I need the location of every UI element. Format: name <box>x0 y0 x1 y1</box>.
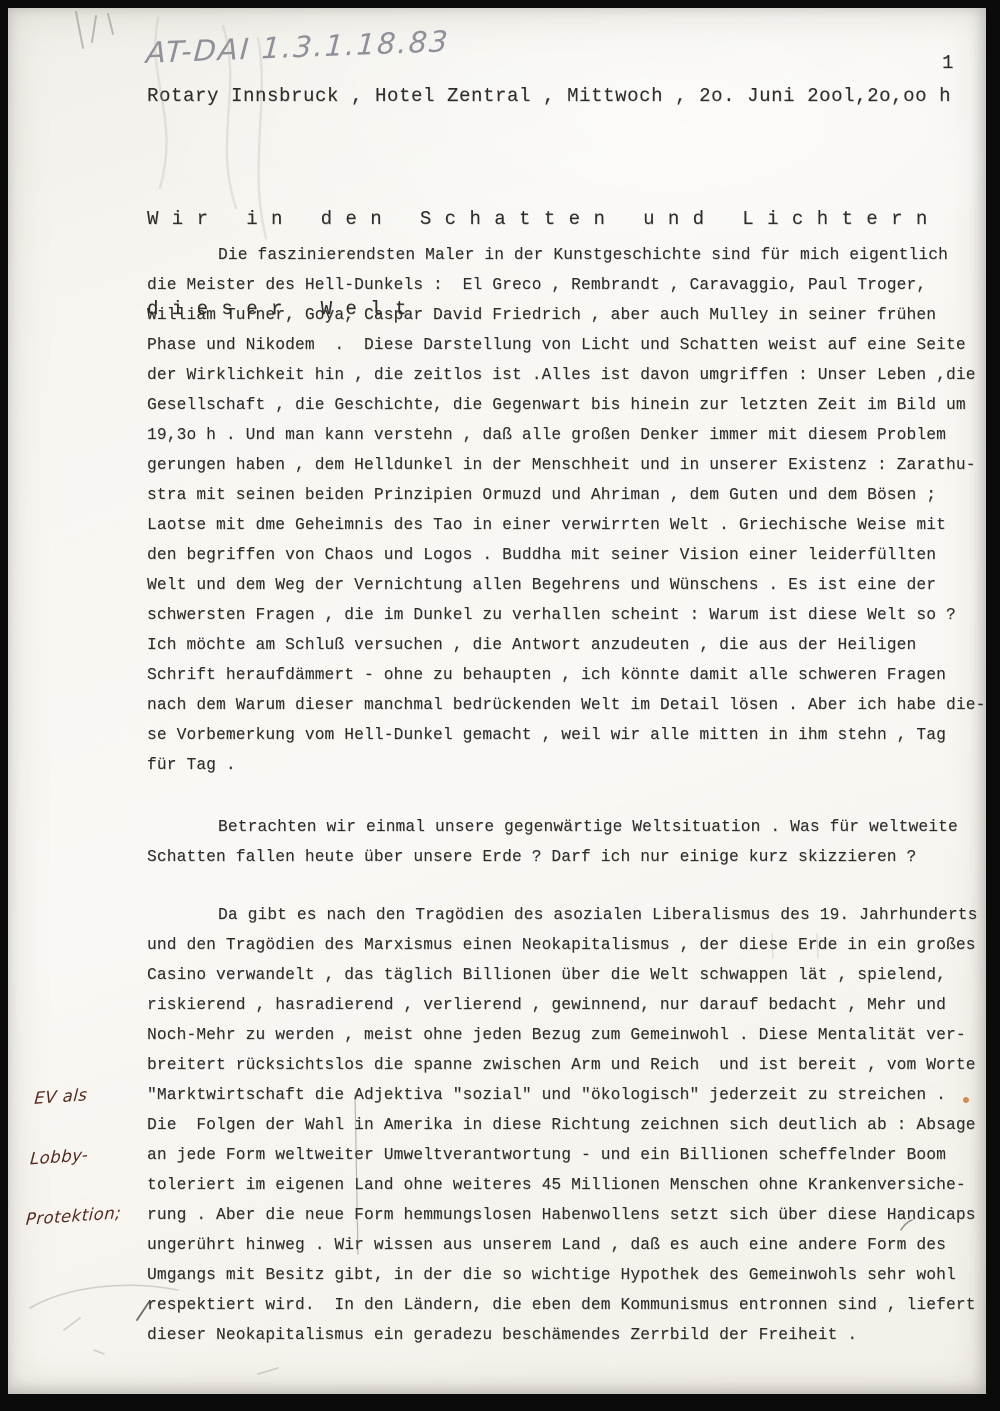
typed-line: rung . Aber die neue Form hemmungslosen … <box>147 1200 1000 1230</box>
scanned-typescript: { "scan": { "archive_code": "AT-DAI 1.3.… <box>0 0 1000 1411</box>
typed-line: Betrachten wir einmal unsere gegenwärtig… <box>147 812 1000 842</box>
paragraph-neokapitalismus: Da gibt es nach den Tragödien des asozia… <box>147 900 1000 1350</box>
typed-line: Welt und dem Weg der Vernichtung allen B… <box>147 570 1000 600</box>
pencil-stroke <box>76 12 113 48</box>
typed-line: breitert rücksichtslos die spanne zwisch… <box>147 1050 1000 1080</box>
margin-note-line: Protektion; <box>25 1203 122 1230</box>
typed-line: 19,3o h . Und man kann verstehn , daß al… <box>147 420 1000 450</box>
stray-ink-dot <box>963 1097 969 1103</box>
typed-line: respektiert wird. In den Ländern, die eb… <box>147 1290 1000 1320</box>
typed-line: und den Tragödien des Marxismus einen Ne… <box>147 930 1000 960</box>
typed-line: ungerührt hinweg . Wir wissen aus unsere… <box>147 1230 1000 1260</box>
paragraph-worldview: Betrachten wir einmal unsere gegenwärtig… <box>147 812 1000 872</box>
typed-line: Ich möchte am Schluß versuchen , die Ant… <box>147 630 1000 660</box>
typed-line: dieser Neokapitalismus ein geradezu besc… <box>147 1320 1000 1350</box>
typed-line: Umgangs mit Besitz gibt, in der die so w… <box>147 1260 1000 1290</box>
typed-line: toleriert im eigenen Land ohne weiteres … <box>147 1170 1000 1200</box>
typed-line: gerungen haben , dem Helldunkel in der M… <box>147 450 1000 480</box>
typed-line: William Turner, Goya, Caspar David Fried… <box>147 300 1000 330</box>
title-line-1: W i r i n d e n S c h a t t e n u n d L … <box>147 204 928 234</box>
scan-page: AT-DAI 1.3.1.18.83 1 Rotary Innsbruck , … <box>8 8 986 1394</box>
paragraph-intro: Die faszinierendsten Maler in der Kunstg… <box>147 240 1000 780</box>
typed-line: Schrift heraufdämmert - ohne zu behaupte… <box>147 660 1000 690</box>
archive-code-handwriting: AT-DAI 1.3.1.18.83 <box>145 24 451 70</box>
margin-note-line: Lobby- <box>29 1143 126 1170</box>
typed-line: Laotse mit dme Geheimnis des Tao in eine… <box>147 510 1000 540</box>
typed-line: schwersten Fragen , die im Dunkel zu ver… <box>147 600 1000 630</box>
typed-line: den begriffen von Chaos und Logos . Budd… <box>147 540 1000 570</box>
page-number: 1 <box>942 52 953 74</box>
typed-line: nach dem Warum dieser manchmal bedrücken… <box>147 690 1000 720</box>
event-header-line: Rotary Innsbruck , Hotel Zentral , Mittw… <box>147 85 951 107</box>
typed-line: stra mit seinen beiden Prinzipien Ormuzd… <box>147 480 1000 510</box>
typed-line: Gesellschaft , die Geschichte, die Gegen… <box>147 390 1000 420</box>
typed-line: Casino verwandelt , das täglich Billione… <box>147 960 1000 990</box>
typed-line: für Tag . <box>147 750 1000 780</box>
typed-line: Phase und Nikodem . Diese Darstellung vo… <box>147 330 1000 360</box>
typed-line: Die faszinierendsten Maler in der Kunstg… <box>147 240 1000 270</box>
typed-line: der Wirklichkeit hin , die zeitlos ist .… <box>147 360 1000 390</box>
typed-line: die Meister des Hell-Dunkels : El Greco … <box>147 270 1000 300</box>
typed-line: an jede Form weltweiter Umweltverantwort… <box>147 1140 1000 1170</box>
typed-line: Schatten fallen heute über unsere Erde ?… <box>147 842 1000 872</box>
margin-note-line: EV als <box>34 1082 131 1109</box>
typed-line: se Vorbemerkung vom Hell-Dunkel gemacht … <box>147 720 1000 750</box>
typed-line: Noch-Mehr zu werden , meist ohne jeden B… <box>147 1020 1000 1050</box>
typed-line: Die Folgen der Wahl in Amerika in diese … <box>147 1110 1000 1140</box>
typed-line: Da gibt es nach den Tragödien des asozia… <box>147 900 1000 930</box>
typed-line: "Marktwirtschaft die Adjektiva "sozial" … <box>147 1080 1000 1110</box>
typed-line: riskierend , hasradierend , verlierend ,… <box>147 990 1000 1020</box>
margin-note-handwriting: EV als Lobby- Protektion; <box>22 1042 133 1270</box>
